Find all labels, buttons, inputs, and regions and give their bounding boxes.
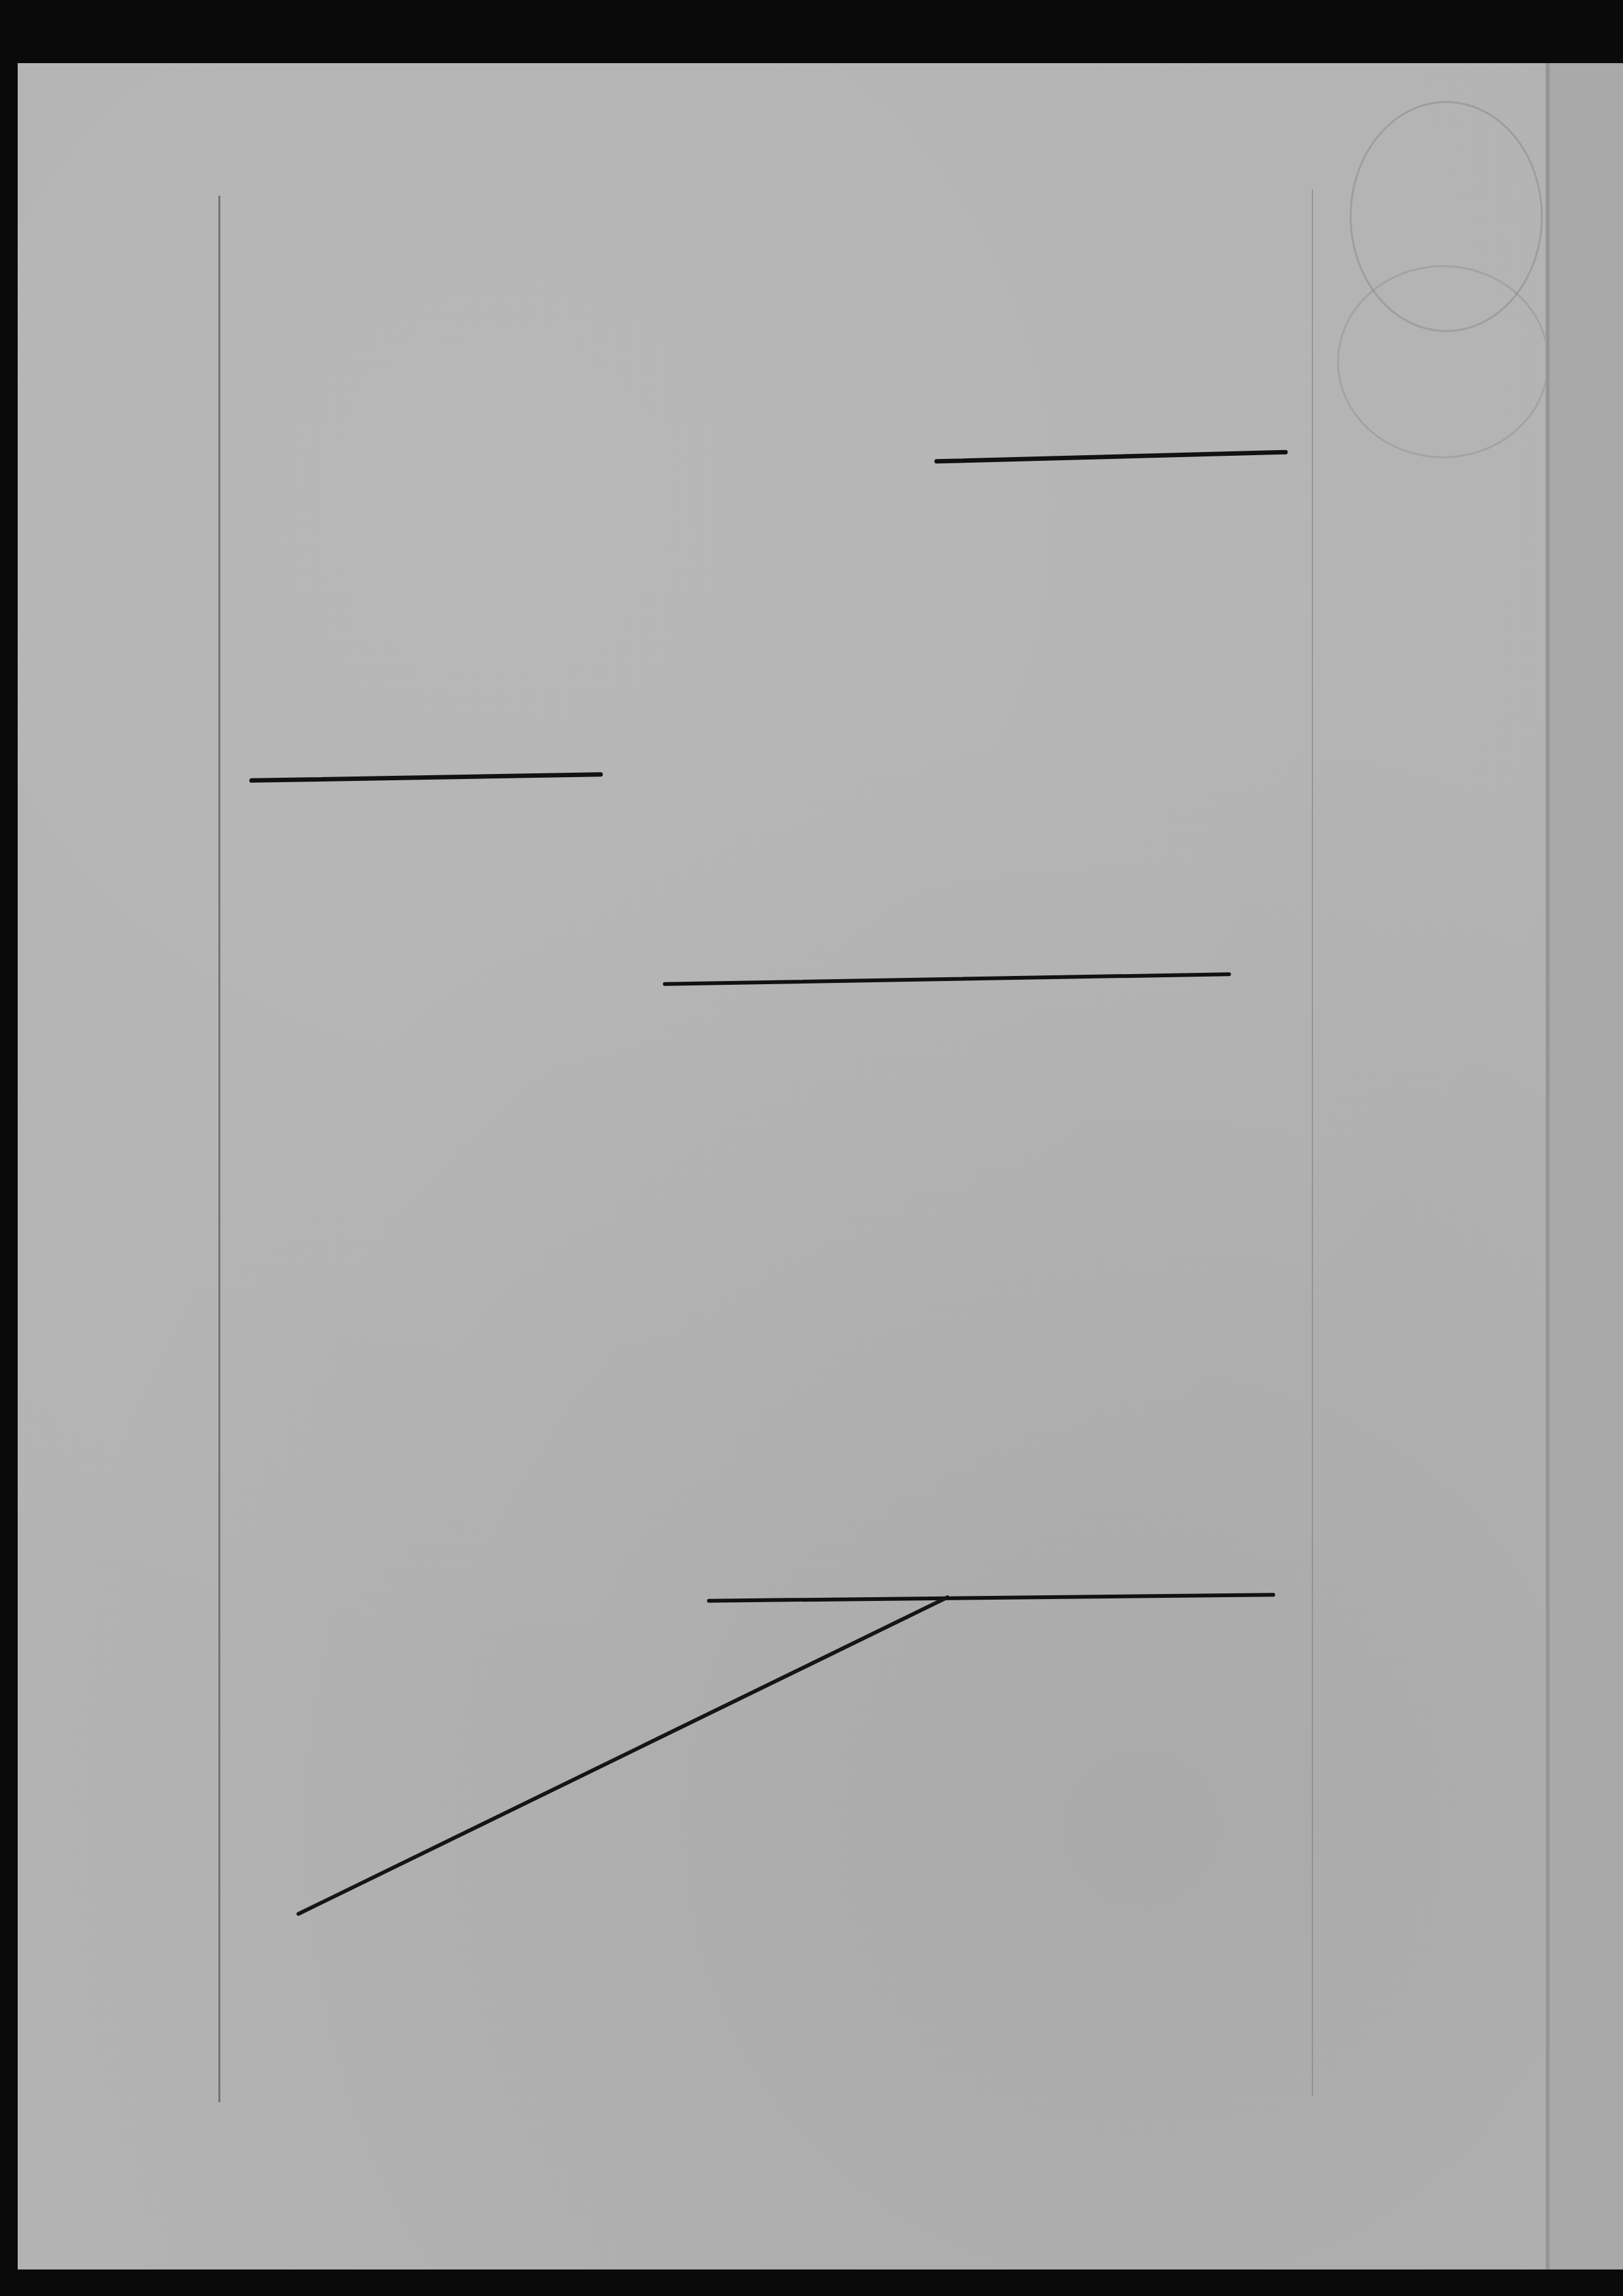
right-margin-rule xyxy=(1312,189,1313,2096)
register-page xyxy=(18,63,1623,2269)
opening-line-2 xyxy=(227,278,1215,316)
facing-page-edge xyxy=(1550,63,1623,2269)
page-fold xyxy=(1545,63,1550,2269)
left-margin-rule xyxy=(218,196,220,2102)
embossed-stamp-faint xyxy=(1337,265,1549,458)
opening-line-3 xyxy=(227,350,1215,388)
opening-line-1 xyxy=(227,205,1215,275)
acts-printed-line-3 xyxy=(227,1117,1215,1155)
